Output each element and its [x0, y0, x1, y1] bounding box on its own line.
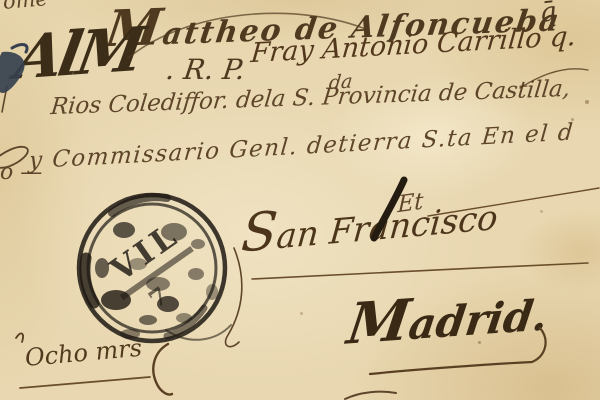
ocho-apostrophe-stroke — [16, 333, 23, 342]
paper-speck — [585, 100, 589, 104]
stamp-bottom-smudge-curve — [166, 325, 231, 340]
handwritten-salutation-initials: AlM — [11, 19, 145, 89]
handwritten-title-line-2: y Commissario Genl. detierra S.ta En el … — [28, 121, 575, 173]
handwritten-destination-city: Madrid. — [344, 282, 552, 353]
paper-speck — [478, 341, 481, 344]
san-francisco-underline — [252, 263, 588, 279]
paper-speck — [300, 312, 303, 315]
handwritten-postage-note: Ocho mrs — [24, 336, 143, 370]
bottom-edge-fragment-stroke — [345, 392, 396, 399]
ocho-brace-flourish — [153, 344, 172, 395]
left-descender-fragment — [2, 86, 7, 112]
manuscript-page: ome Mattheo de Alfoncueba q̄ AlM . R. P.… — [0, 0, 600, 400]
handwritten-fragment-top-left: ome — [2, 0, 49, 13]
paper-speck — [540, 210, 543, 213]
paper-speck — [559, 133, 562, 136]
paper-speck — [571, 118, 574, 121]
handwritten-destination-convent: San Francisco — [239, 186, 500, 261]
handwritten-salutation-abbrev: . R. P. — [164, 56, 247, 84]
svg-text:7: 7 — [143, 281, 173, 314]
svg-text:VIL: VIL — [103, 215, 186, 289]
ocho-underline — [20, 377, 150, 388]
postal-stamp-icon: VIL 7 — [72, 188, 234, 350]
